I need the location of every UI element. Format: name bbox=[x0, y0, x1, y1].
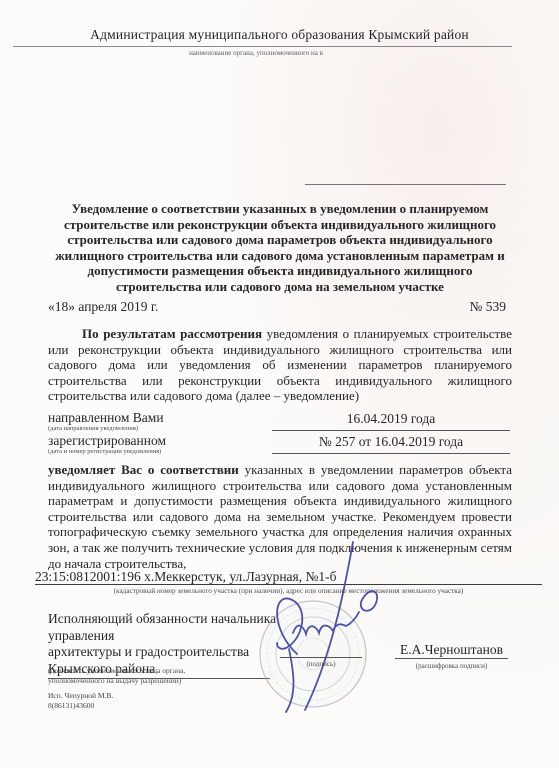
official-position-sublabel-line2: уполномоченного на выдачу разрешений) bbox=[48, 676, 278, 686]
document-date: «18» апреля 2019 г. bbox=[48, 299, 158, 315]
org-name-rule bbox=[13, 46, 512, 47]
registered-label: зарегистрированном bbox=[48, 433, 166, 449]
org-name: Администрация муниципального образования… bbox=[0, 27, 559, 43]
sent-date-value: 16.04.2019 года bbox=[272, 411, 510, 431]
registration-number-value: № 257 от 16.04.2019 года bbox=[272, 434, 510, 454]
executor-info: Исп. Чепурной М.В. 8(86131)43600 bbox=[48, 691, 113, 710]
document-number: № 539 bbox=[469, 299, 506, 315]
signature-rule bbox=[280, 657, 362, 658]
paragraph-review-result: По результатам рассмотрения уведомления … bbox=[48, 326, 512, 404]
handwritten-signature bbox=[245, 536, 405, 716]
sent-by-sublabel: (дата направления уведомления) bbox=[48, 425, 138, 432]
official-name: Е.А.Черноштанов bbox=[395, 642, 508, 659]
registered-sublabel: (дата и номер регистрации уведомления) bbox=[48, 448, 161, 455]
document-title: Уведомление о соответствии указанных в у… bbox=[52, 201, 508, 295]
scanned-document-page: Администрация муниципального образования… bbox=[0, 0, 559, 768]
sent-by-label: направленном Вами bbox=[48, 410, 164, 426]
official-position-sublabel: (должность уполномоченного лица органа, … bbox=[48, 666, 278, 685]
org-name-sublabel: наименование органа, уполномоченного на … bbox=[100, 49, 412, 57]
paragraph-notification-bold: уведомляет Вас о соответствии bbox=[48, 462, 239, 477]
blank-field-rule bbox=[305, 184, 506, 185]
executor-phone: 8(86131)43600 bbox=[48, 701, 113, 711]
date-number-row: «18» апреля 2019 г. № 539 bbox=[48, 299, 506, 315]
official-name-sublabel: (расшифровка подписи) bbox=[395, 662, 508, 670]
paragraph-review-result-bold: По результатам рассмотрения bbox=[82, 326, 262, 341]
executor-name: Исп. Чепурной М.В. bbox=[48, 691, 113, 701]
official-position-sublabel-line1: (должность уполномоченного лица органа, bbox=[48, 666, 278, 676]
signature-label: (подпись) bbox=[280, 660, 362, 668]
